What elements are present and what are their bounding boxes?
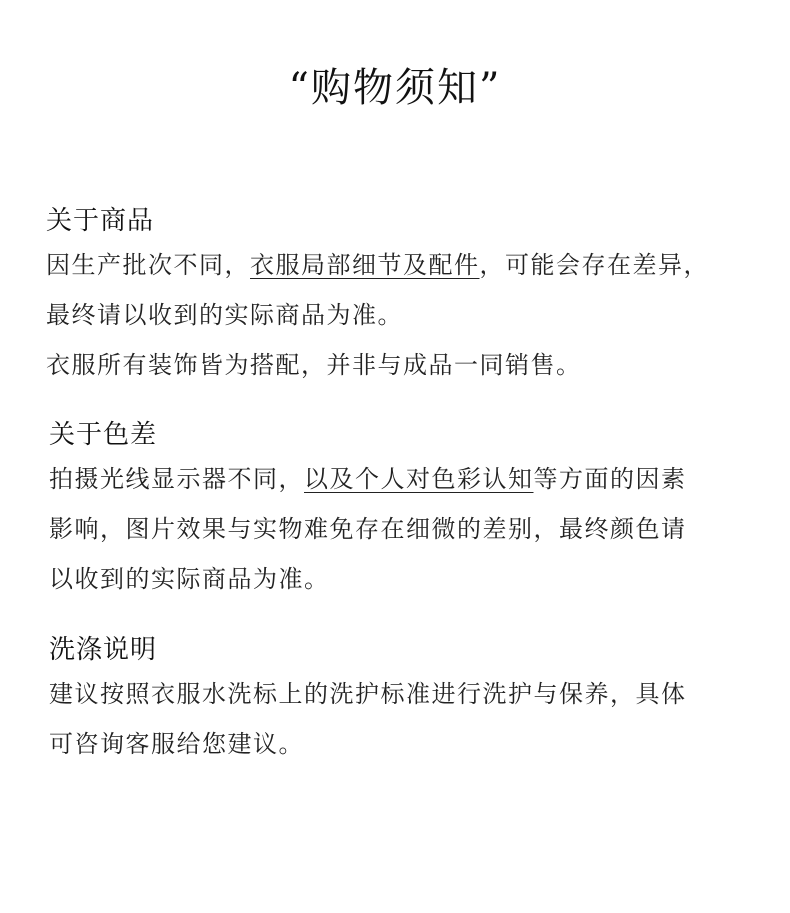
text-line: 以收到的实际商品为准。	[49, 554, 769, 604]
text: 影响，图片效果与实物难免存在细微的差别，最终颜色请	[49, 515, 687, 543]
section-about-product: 关于商品 因生产批次不同，衣服局部细节及配件，可能会存在差异， 最终请以收到的实…	[46, 202, 766, 390]
text-line: 可咨询客服给您建议。	[49, 719, 769, 769]
underlined-text: 衣服局部细节及配件	[250, 251, 480, 279]
text: 可咨询客服给您建议。	[49, 730, 304, 758]
section-color-difference: 关于色差 拍摄光线显示器不同，以及个人对色彩认知等方面的因素 影响，图片效果与实…	[49, 416, 769, 604]
text-line: 影响，图片效果与实物难免存在细微的差别，最终颜色请	[49, 504, 769, 554]
section-heading: 关于色差	[49, 416, 769, 454]
section-washing-instructions: 洗涤说明 建议按照衣服水洗标上的洗护标准进行洗护与保养，具体 可咨询客服给您建议…	[49, 631, 769, 769]
section-heading: 关于商品	[46, 202, 766, 240]
underlined-text: 以及个人对色彩认知	[304, 465, 534, 493]
text: 等方面的因素	[534, 465, 687, 493]
page-title: “购物须知”	[0, 58, 790, 118]
text: 最终请以收到的实际商品为准。	[46, 301, 403, 329]
text: ，可能会存在差异，	[480, 251, 710, 279]
text: 因生产批次不同，	[46, 251, 250, 279]
section-heading: 洗涤说明	[49, 631, 769, 669]
text-line: 衣服所有装饰皆为搭配，并非与成品一同销售。	[46, 340, 766, 390]
text: 拍摄光线显示器不同，	[49, 465, 304, 493]
text: 建议按照衣服水洗标上的洗护标准进行洗护与保养，具体	[49, 680, 687, 708]
text-line: 建议按照衣服水洗标上的洗护标准进行洗护与保养，具体	[49, 669, 769, 719]
text-line: 因生产批次不同，衣服局部细节及配件，可能会存在差异，	[46, 240, 766, 290]
text: 衣服所有装饰皆为搭配，并非与成品一同销售。	[46, 351, 582, 379]
text: 以收到的实际商品为准。	[49, 565, 330, 593]
text-line: 拍摄光线显示器不同，以及个人对色彩认知等方面的因素	[49, 454, 769, 504]
text-line: 最终请以收到的实际商品为准。	[46, 290, 766, 340]
